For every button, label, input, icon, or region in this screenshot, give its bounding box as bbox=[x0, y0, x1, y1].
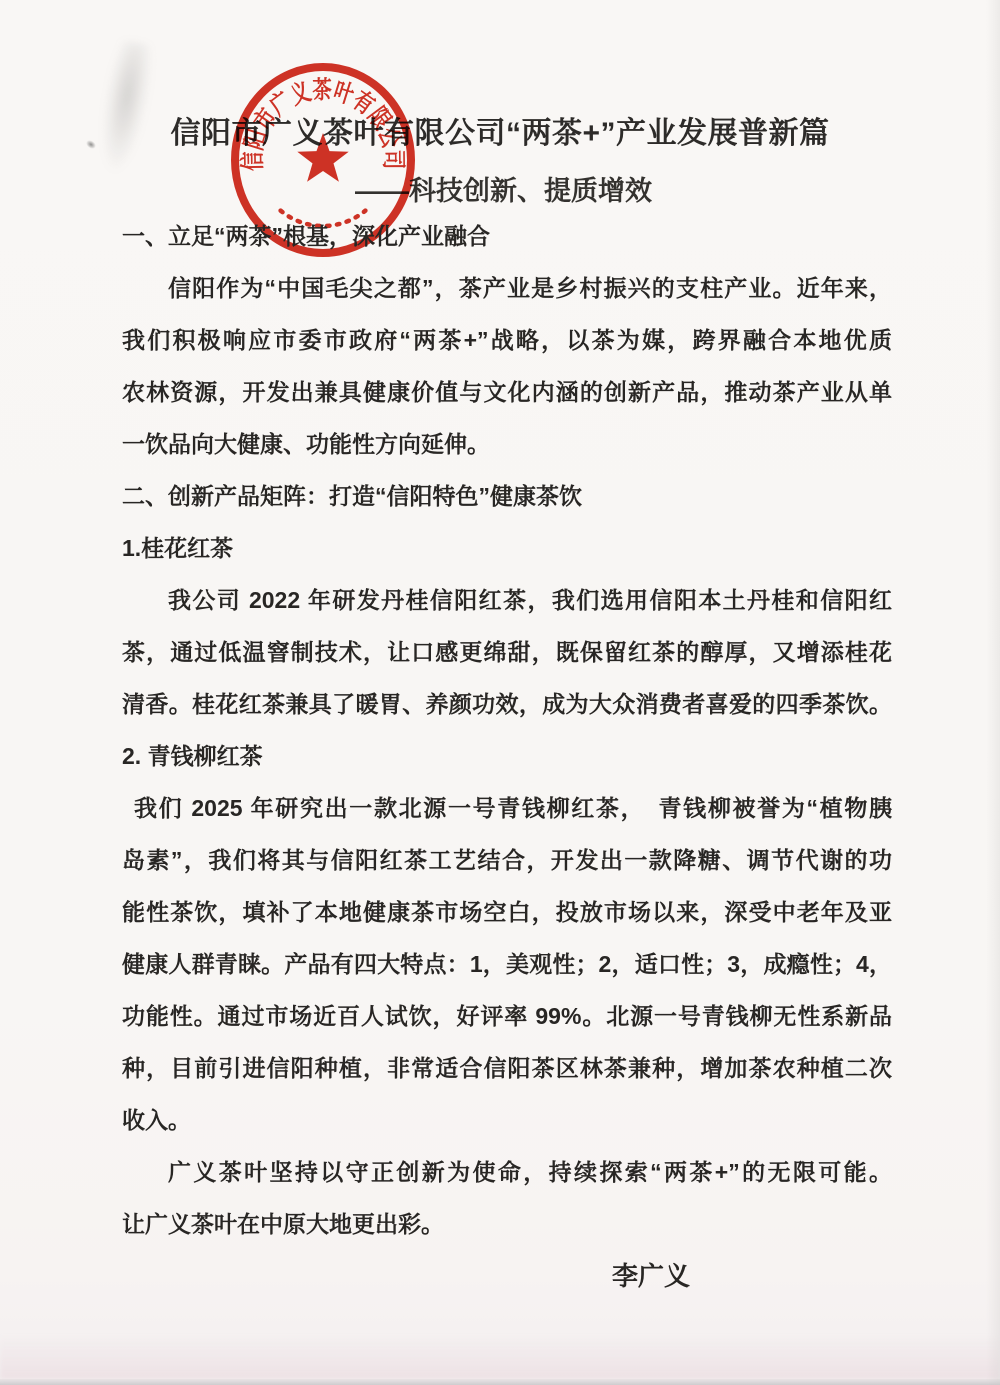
paragraph-line: 农林资源，开发出兼具健康价值与文化内涵的创新产品，推动茶产业从单 bbox=[122, 366, 892, 418]
paragraph-line: 让广义茶叶在中原大地更出彩。 bbox=[122, 1198, 892, 1250]
paragraph-line: 茶，通过低温窨制技术，让口感更绵甜，既保留红茶的醇厚，又增添桂花 bbox=[122, 626, 892, 678]
paragraph-line: 岛素”，我们将其与信阳红茶工艺结合，开发出一款降糖、调节代谢的功 bbox=[122, 834, 892, 886]
paragraph-line: 广义茶叶坚持以守正创新为使命，持续探索“两茶+”的无限可能。 bbox=[122, 1146, 892, 1198]
document-body: 一、立足“两茶”根基，深化产业融合 信阳作为“中国毛尖之都”，茶产业是乡村振兴的… bbox=[122, 210, 892, 1302]
bottom-scan-tint bbox=[0, 1327, 1000, 1379]
right-scan-grain bbox=[986, 0, 1000, 1385]
product-heading-1: 1.桂花红茶 bbox=[122, 522, 892, 574]
paragraph-line: 能性茶饮，填补了本地健康茶市场空白，投放市场以来，深受中老年及亚 bbox=[122, 886, 892, 938]
scanned-document-page: 信阳市广义茶叶有限公司“两茶+”产业发展普新篇 ——科技创新、提质增效 信阳市广… bbox=[0, 0, 1000, 1385]
paragraph-line: 功能性。通过市场近百人试饮，好评率 99%。北源一号青钱柳无性系新品 bbox=[122, 990, 892, 1042]
heading-section-2: 二、创新产品矩阵：打造“信阳特色”健康茶饮 bbox=[122, 470, 892, 522]
paragraph-line: 我们 2025 年研究出一款北源一号青钱柳红茶， 青钱柳被誉为“植物胰 bbox=[122, 782, 892, 834]
paragraph-line: 收入。 bbox=[122, 1094, 892, 1146]
signature: 李广义 bbox=[122, 1250, 892, 1302]
paragraph-line: 健康人群青睐。产品有四大特点：1，美观性；2，适口性；3，成瘾性；4， bbox=[122, 938, 892, 990]
paragraph-line: 清香。桂花红茶兼具了暖胃、养颜功效，成为大众消费者喜爱的四季茶饮。 bbox=[122, 678, 892, 730]
bottom-scan-edge bbox=[0, 1379, 1000, 1385]
star-icon bbox=[297, 133, 348, 182]
paragraph-line: 种，目前引进信阳种植，非常适合信阳茶区林茶兼种，增加茶农种植二次 bbox=[122, 1042, 892, 1094]
paragraph-line: 信阳作为“中国毛尖之都”，茶产业是乡村振兴的支柱产业。近年来， bbox=[122, 262, 892, 314]
paragraph-line: 我们积极响应市委市政府“两茶+”战略，以茶为媒，跨界融合本地优质 bbox=[122, 314, 892, 366]
heading-section-1: 一、立足“两茶”根基，深化产业融合 bbox=[122, 210, 892, 262]
paragraph-line: 一饮品向大健康、功能性方向延伸。 bbox=[122, 418, 892, 470]
document-title: 信阳市广义茶叶有限公司“两茶+”产业发展普新篇 bbox=[0, 108, 1000, 152]
paragraph-line: 我公司 2022 年研发丹桂信阳红茶，我们选用信阳本土丹桂和信阳红 bbox=[122, 574, 892, 626]
product-heading-2: 2. 青钱柳红茶 bbox=[122, 730, 892, 782]
